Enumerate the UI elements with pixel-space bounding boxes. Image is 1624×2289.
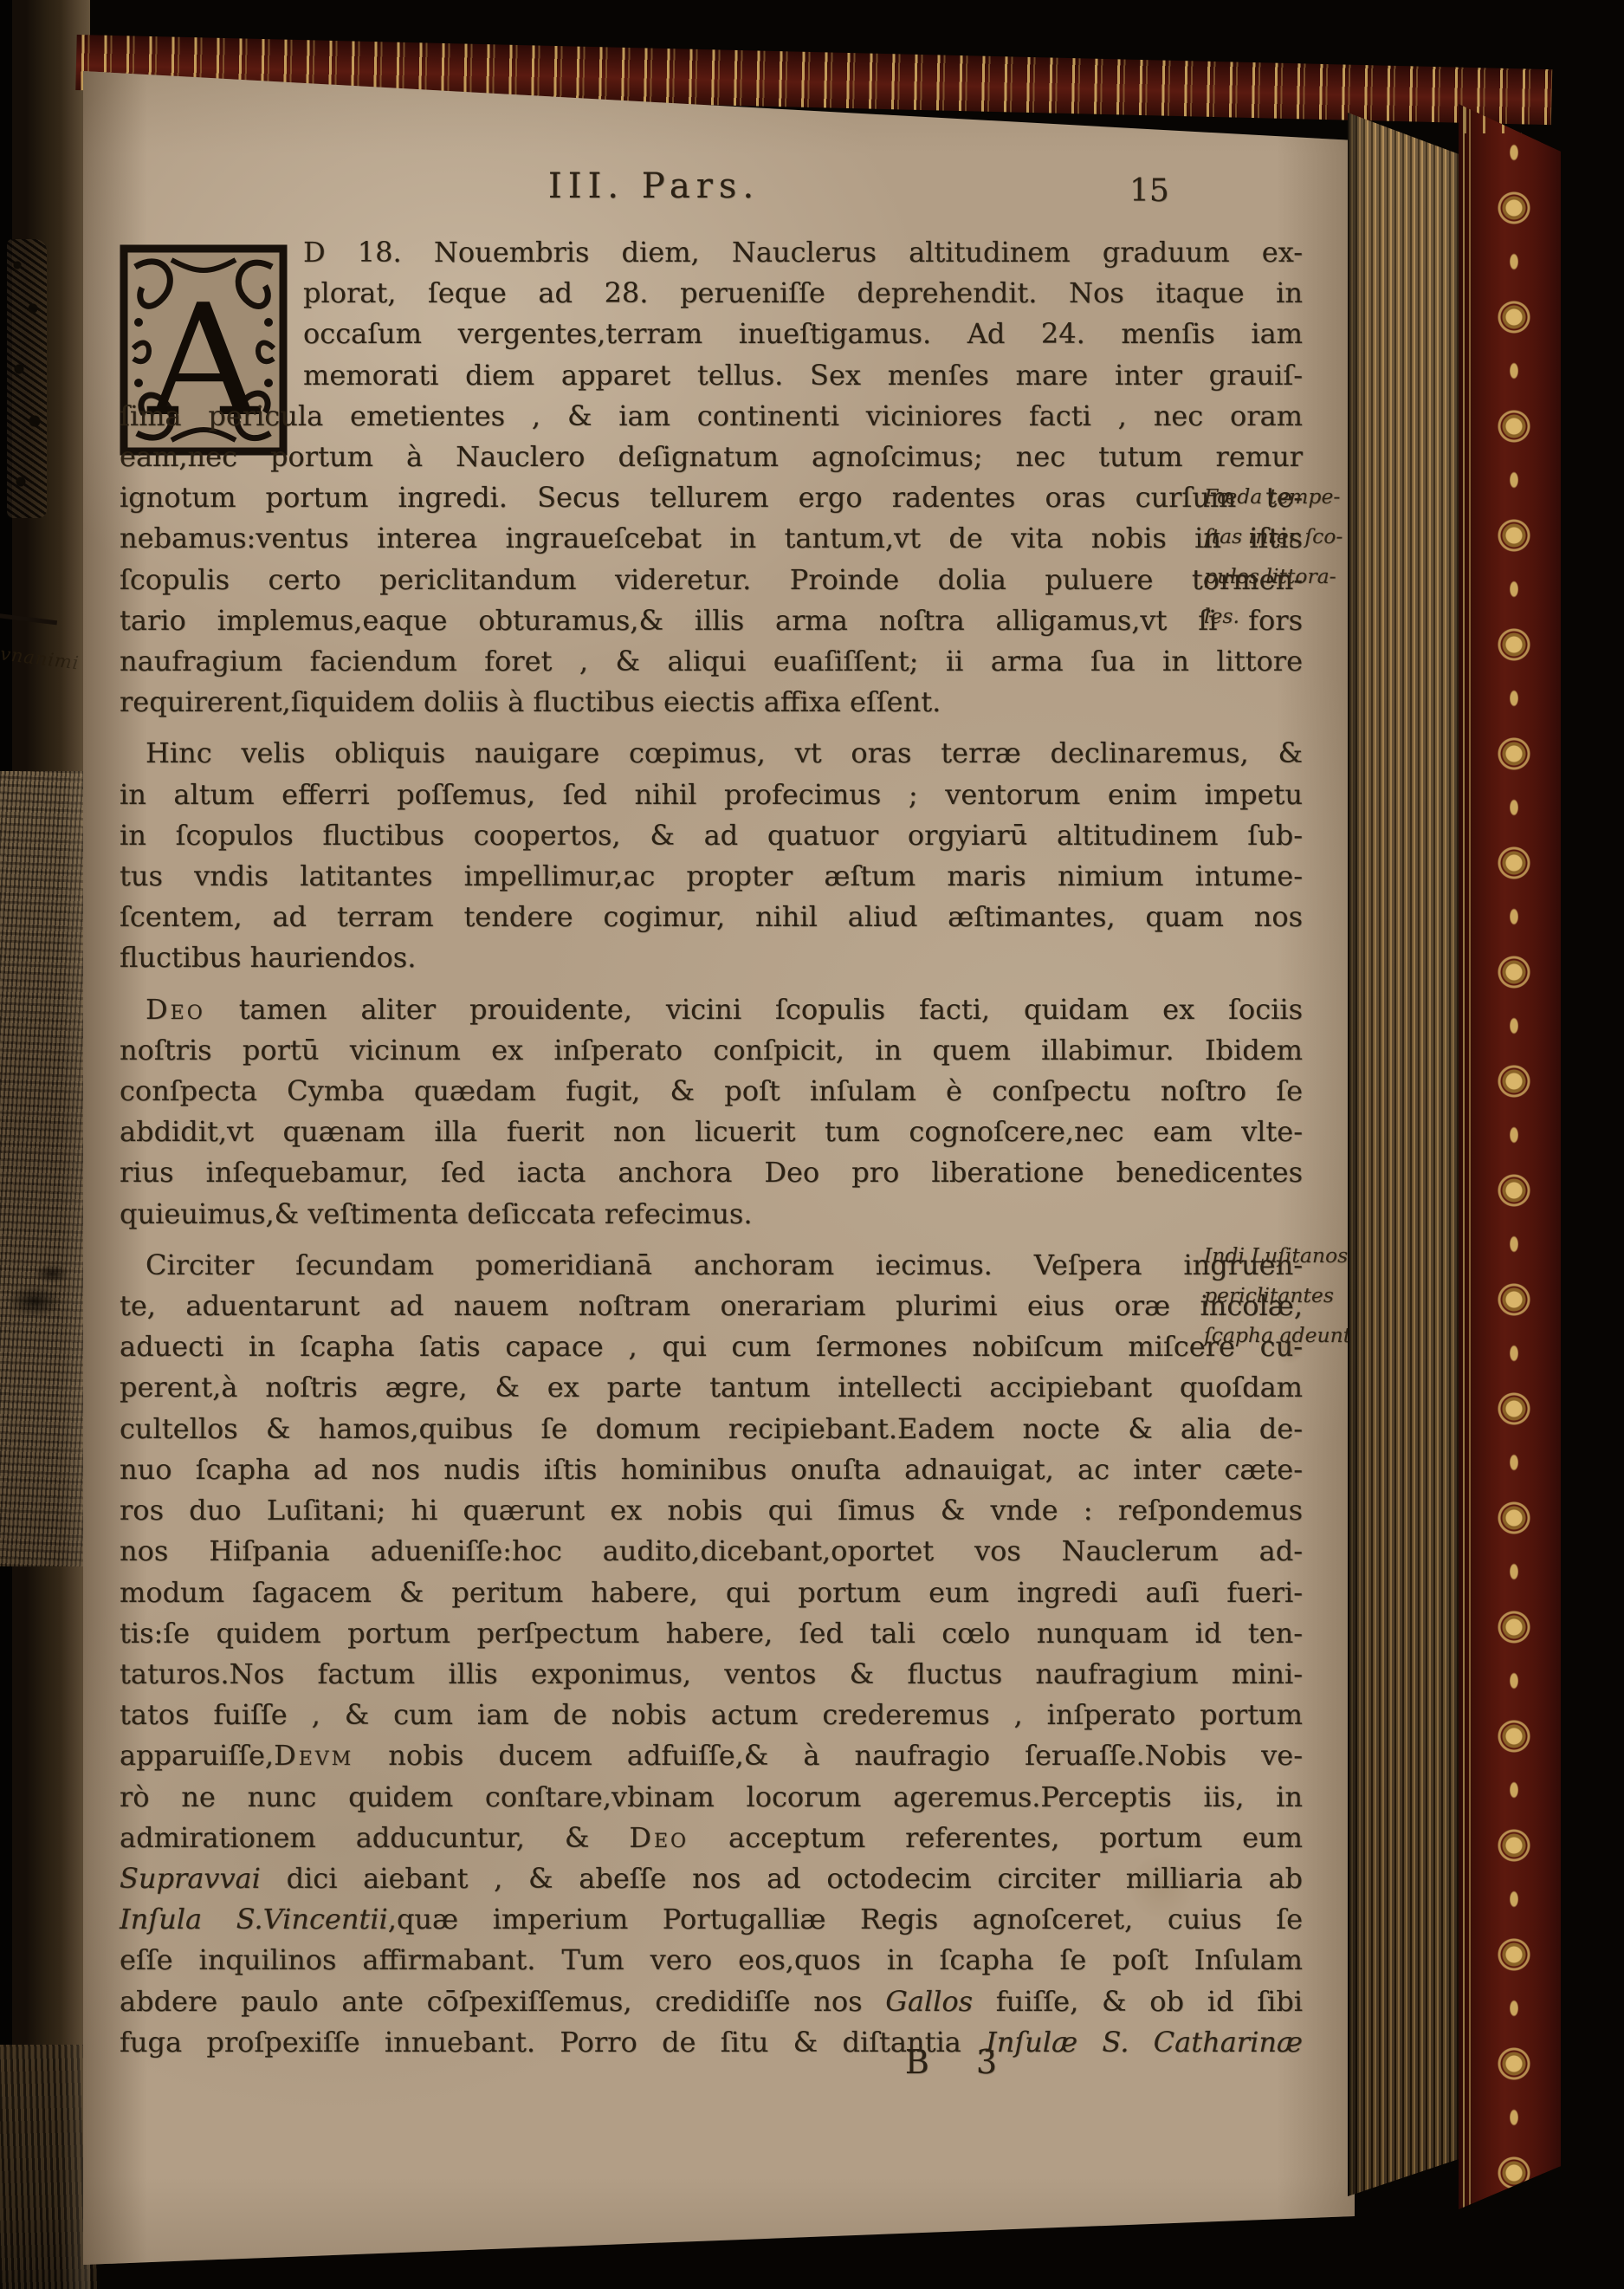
text-line: taturos.Nos factum illis exponimus, vent… [120, 1654, 1303, 1695]
gilt-page-edges [1348, 78, 1464, 2227]
text-line: ſcopulis certo periclitandum videretur. … [120, 560, 1303, 600]
body-text: D 18. Nouembris diem, Nauclerus altitudi… [120, 232, 1303, 2063]
text-line: noſtris portū vicinum ex inſperato conſp… [120, 1030, 1303, 1071]
text-line: ſcentem, ad terram tendere cogimur, nihi… [120, 897, 1303, 937]
text-line: modum ſagacem & peritum habere, qui port… [120, 1572, 1303, 1613]
text-line: rius inſequebamur, ſed iacta anchora Deo… [120, 1152, 1303, 1193]
text-line: tario implemus,eaque obturamus,& illis a… [120, 600, 1303, 641]
margin-note: Fœda tempe-ſtas inter ſco-pulos littora-… [1204, 477, 1373, 636]
text-line: perent,à noſtris ægre, & ex parte tantum… [120, 1367, 1303, 1408]
facing-page-rule-fragment [0, 613, 57, 626]
text-line: occaſum vergentes,terram inueſtigamus. A… [303, 314, 1303, 354]
text-line: naufragium faciendum foret , & aliqui eu… [120, 641, 1303, 682]
paragraph: D 18. Nouembris diem, Nauclerus altitudi… [120, 232, 1303, 723]
text-line: abdere paulo ante cōſpexiſſemus, credidi… [120, 1981, 1303, 2022]
text-line: ignotum portum ingredi. Secus tellurem e… [120, 477, 1303, 518]
italic-text: Inſula S.Vincentii [120, 1903, 388, 1936]
text-line: cultellos & hamos,quibus ſe domum recipi… [120, 1409, 1303, 1449]
text-line: nebamus:ventus interea ingraueſcebat in … [120, 518, 1303, 559]
margin-note-line: Fœda tempe- [1204, 477, 1373, 516]
book-photograph: vnanimi III. Pars. 15 [0, 0, 1624, 2289]
small-caps-text: Deo [146, 993, 205, 1026]
text-line: quieuimus,& veſtimenta deſiccata refecim… [120, 1194, 1303, 1235]
paragraph: Deo tamen aliter prouidente, vicini ſcop… [120, 989, 1303, 1235]
page-number: 15 [1129, 173, 1169, 209]
text-line: conſpecta Cymba quædam fugit, & poſt inſ… [120, 1071, 1303, 1112]
text-line: tis:ſe quidem portum perſpectum habere, … [120, 1613, 1303, 1654]
text-line: Deo tamen aliter prouidente, vicini ſcop… [120, 989, 1303, 1030]
text-line: eſſe inquilinos affirmabant. Tum vero eo… [120, 1940, 1303, 1981]
margin-note-line: pulos littora- [1204, 556, 1373, 596]
text-line: Inſula S.Vincentii,quæ imperium Portugal… [120, 1899, 1303, 1940]
text-line: Supravvai dici aiebant , & abeſſe nos ad… [120, 1858, 1303, 1899]
text-line: apparuiſſe,Devm nobis ducem adfuiſſe,& à… [120, 1735, 1303, 1776]
page-content: III. Pars. 15 [120, 50, 1303, 2289]
text-line: D 18. Nouembris diem, Nauclerus altitudi… [303, 232, 1303, 273]
margin-note-line: Indi Luſitanos [1204, 1235, 1373, 1275]
text-line: Circiter ſecundam pomeridianā anchoram i… [120, 1245, 1303, 1286]
facing-page-woodcut-fragment [7, 239, 47, 518]
text-line: tus vndis latitantes impellimur,ac propt… [120, 856, 1303, 897]
text-line: in ſcopulos fluctibus coopertos, & ad qu… [120, 815, 1303, 856]
text-line: fuga proſpexiſſe innuebant. Porro de ſit… [120, 2022, 1303, 2063]
running-header: III. Pars. [62, 166, 1245, 206]
text-line: nuo ſcapha ad nos nudis iſtis hominibus … [120, 1449, 1303, 1490]
text-line: ſima pericula emetientes , & iam contine… [120, 396, 1303, 437]
margin-note-line: ſcapha adeunt. [1204, 1315, 1373, 1355]
book-page: III. Pars. 15 [83, 50, 1355, 2289]
small-caps-text: Deo [629, 1821, 689, 1854]
italic-text: Supravvai [120, 1862, 261, 1895]
text-line: requirerent,ſiquidem doliis à fluctibus … [120, 682, 1303, 723]
text-line: Hinc velis obliquis nauigare cœpimus, vt… [120, 733, 1303, 774]
text-line: eam,nec portum à Nauclero deſignatum agn… [120, 437, 1303, 477]
paragraph: Circiter ſecundam pomeridianā anchoram i… [120, 1245, 1303, 2063]
gutter-facing-page: vnanimi [0, 0, 90, 2289]
paragraph: Hinc velis obliquis nauigare cœpimus, vt… [120, 733, 1303, 978]
margin-note: Indi Luſitanospericlitantesſcapha adeunt… [1204, 1235, 1373, 1355]
text-line: te, aduentarunt ad nauem noſtram onerari… [120, 1286, 1303, 1326]
signature-mark: B 3 [778, 2043, 1124, 2081]
text-line: fluctibus hauriendos. [120, 937, 1303, 978]
text-line: tatos fuiſſe , & cum iam de nobis actum … [120, 1695, 1303, 1735]
margin-note-line: periclitantes [1204, 1275, 1373, 1315]
margin-note-line: ſtas inter ſco- [1204, 516, 1373, 556]
text-line: nos Hiſpania adueniſſe:hoc audito,diceba… [120, 1531, 1303, 1572]
binding-cover-gold-tooling [1459, 61, 1561, 2253]
text-line: abdidit,vt quænam illa fuerit non licuer… [120, 1112, 1303, 1152]
text-line: rò ne nunc quidem conſtare,vbinam locoru… [120, 1777, 1303, 1818]
text-line: aduecti in ſcapha ſatis capace , qui cum… [120, 1326, 1303, 1367]
italic-text: Gallos [885, 1985, 973, 2018]
text-line: memorati diem apparet tellus. Sex menſes… [303, 355, 1303, 396]
text-line: admirationem adducuntur, & Deo acceptum … [120, 1818, 1303, 1858]
text-line: plorat, ſeque ad 28. perueniſſe deprehen… [303, 273, 1303, 314]
small-caps-text: Devm [274, 1739, 353, 1772]
margin-note-line: les. [1204, 596, 1373, 636]
text-line: in altum efferri poſſemus, ſed nihil pro… [120, 775, 1303, 815]
text-line: ros duo Luſitani; hi quærunt ex nobis qu… [120, 1490, 1303, 1531]
